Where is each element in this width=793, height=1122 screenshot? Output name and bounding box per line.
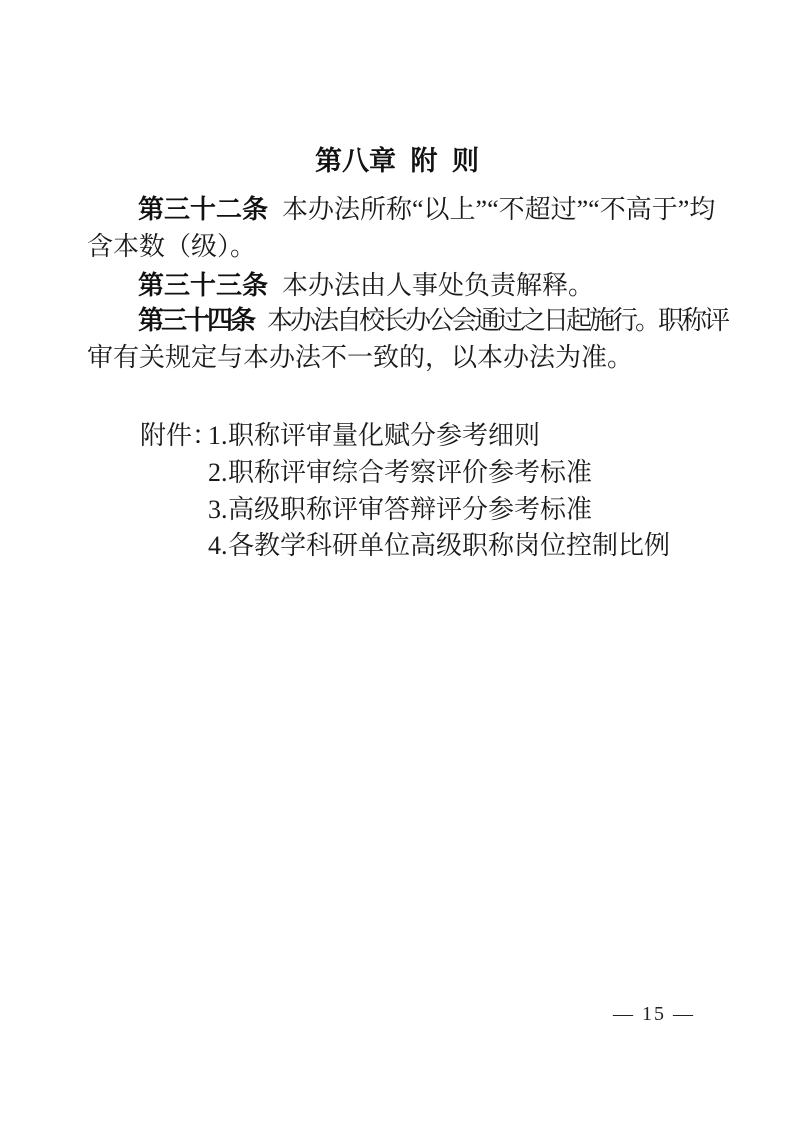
attachment-2-title: 职称评审综合考察评价参考标准: [228, 454, 592, 491]
article-32-line-1: 第三十二条本办法所称“以上”“不超过”“不高于”均: [87, 191, 707, 228]
attachment-row-1: 附件： 1. 职称评审量化赋分参考细则: [87, 417, 707, 454]
attachment-3-title: 高级职称评审答辩评分参考标准: [228, 491, 592, 528]
attachment-row-3: 3. 高级职称评审答辩评分参考标准: [87, 491, 707, 528]
attachment-1-number: 1.: [208, 417, 228, 454]
article-34-number: 第三十四条: [138, 305, 253, 335]
document-page: 第八章 附 则 第三十二条本办法所称“以上”“不超过”“不高于”均 含本数（级）…: [0, 0, 793, 1122]
chapter-title: 第八章 附 则: [87, 143, 707, 180]
article-34-line-1: 第三十四条本办法自校长办公会通过之日起施行。职称评: [87, 302, 707, 339]
attachment-4-number: 4.: [208, 527, 228, 564]
article-34-text-line-1: 本办法自校长办公会通过之日起施行。职称评: [267, 306, 727, 335]
article-34-line-2: 审有关规定与本办法不一致的，以本办法为准。: [87, 339, 707, 376]
attachment-4-title: 各教学科研单位高级职称岗位控制比例: [228, 527, 670, 564]
article-32-number: 第三十二条: [138, 194, 268, 224]
attachment-3-number: 3.: [208, 491, 228, 528]
article-32-text-line-1: 本办法所称“以上”“不超过”“不高于”均: [282, 195, 715, 224]
article-33-number: 第三十三条: [138, 270, 268, 300]
attachment-1-title: 职称评审量化赋分参考细则: [228, 417, 540, 454]
article-33-text-line-1: 本办法由人事处负责解释。: [282, 271, 594, 300]
page-number: — 15 —: [613, 1000, 695, 1028]
attachments-label: 附件：: [140, 417, 218, 454]
attachment-row-2: 2. 职称评审综合考察评价参考标准: [87, 454, 707, 491]
attachment-2-number: 2.: [208, 454, 228, 491]
attachment-row-4: 4. 各教学科研单位高级职称岗位控制比例: [87, 527, 707, 564]
article-32-line-2: 含本数（级）。: [87, 228, 707, 265]
article-33-line-1: 第三十三条本办法由人事处负责解释。: [87, 267, 707, 304]
